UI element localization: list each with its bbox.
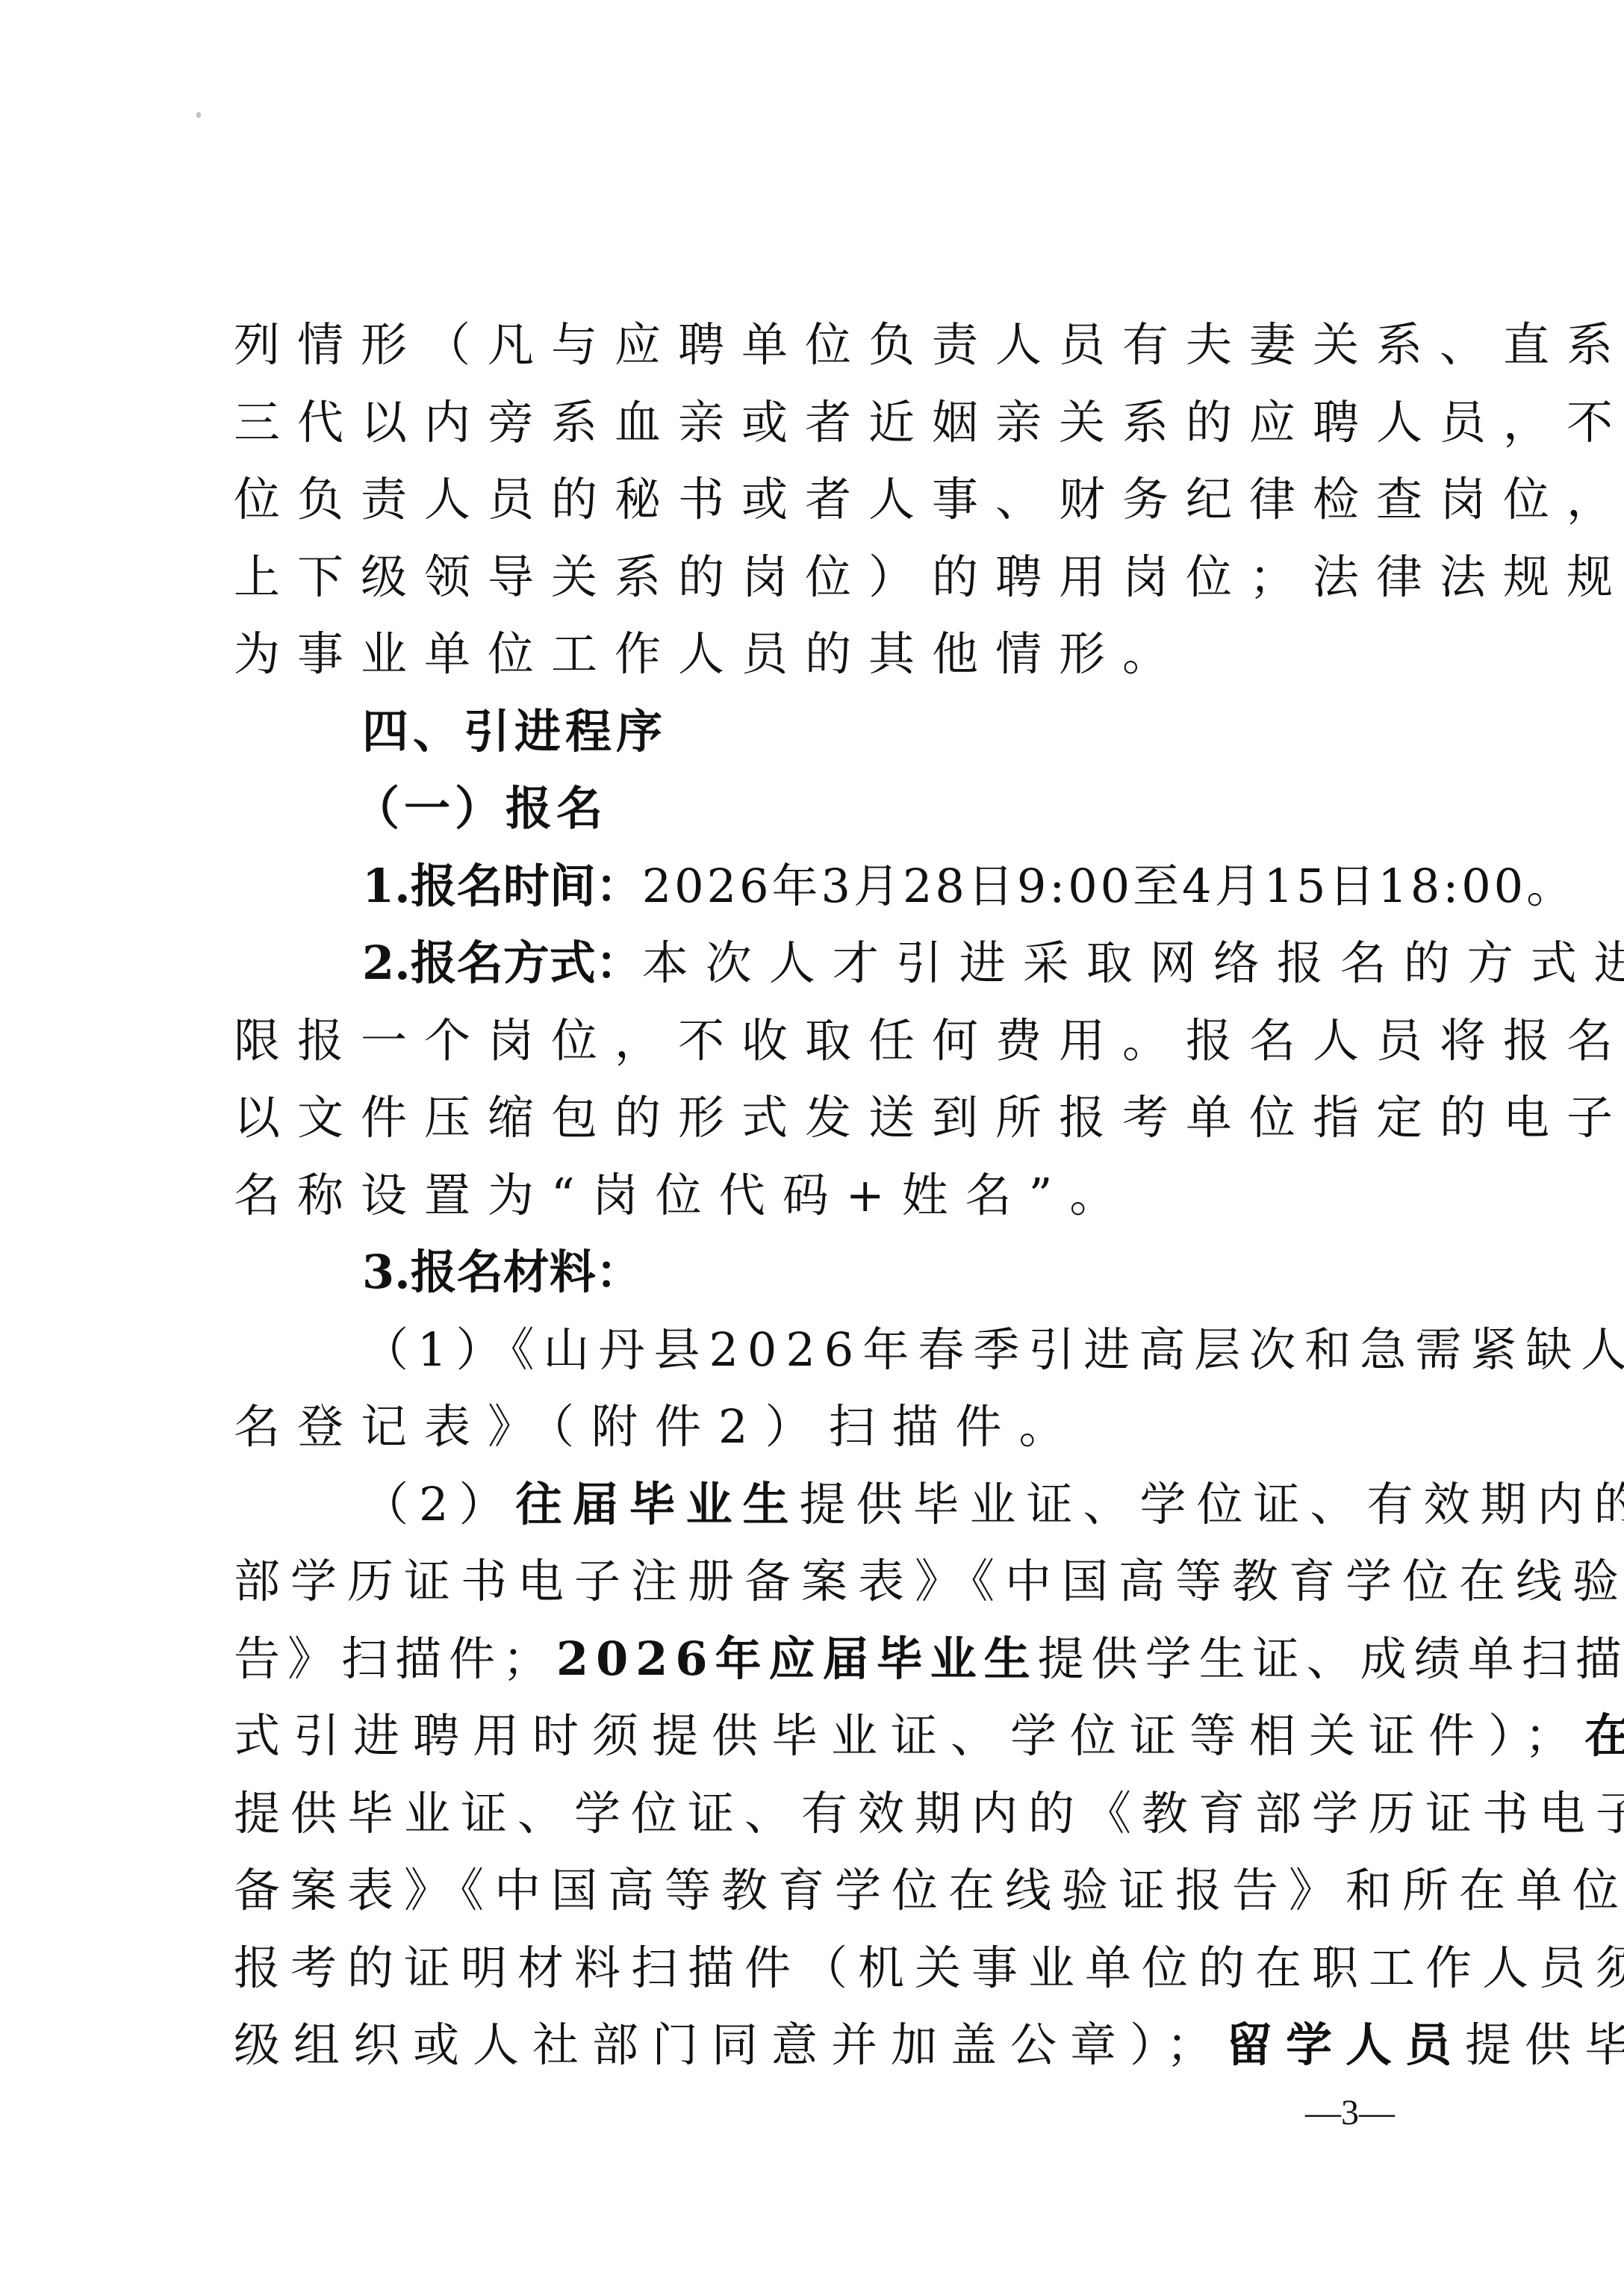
paragraph-line: 提供毕业证、学位证、有效期内的《教育部学历证书电子注册: [234, 1775, 1396, 1852]
paragraph-line: 三代以内旁系血亲或者近姻亲关系的应聘人员，不得应聘该单: [234, 384, 1396, 461]
item-label: 3.报名材料：: [362, 1245, 642, 1299]
paragraph-line: 报考的证明材料扫描件（机关事业单位的在职工作人员须经同: [234, 1929, 1396, 2007]
section-heading: 四、引进程序: [234, 693, 1396, 771]
item-registration-time: 1.报名时间：2026年3月28日9:00至4月15日18:00。: [234, 847, 1396, 925]
item-text: 提供学生证、成绩单扫描件（正: [1038, 1631, 1624, 1686]
subsection-heading: （一）报名: [234, 770, 1396, 847]
item-text: 提供毕业证、: [1465, 2017, 1624, 2072]
paragraph-line: 限报一个岗位，不收取任何费用。报名人员将报名材料电子版: [234, 1002, 1396, 1080]
document-body: 列情形（凡与应聘单位负责人员有夫妻关系、直系血亲关系、 三代以内旁系血亲或者近姻…: [234, 306, 1396, 2084]
bold-term: 2026年应届毕业生: [556, 1631, 1038, 1686]
item-text: 式引进聘用时须提供毕业证、学位证等相关证件）；: [234, 1708, 1584, 1763]
material-1-line: （1）《山丹县2026年春季引进高层次和急需紧缺人才报: [234, 1311, 1396, 1389]
paragraph-line: 名登记表》（附件2）扫描件。: [234, 1388, 1396, 1466]
item-label: 2.报名方式：: [362, 936, 642, 990]
bold-term: 留学人员: [1226, 2017, 1465, 2072]
item-text: 级组织或人社部门同意并加盖公章）；: [234, 2017, 1226, 2072]
paragraph-line: 名称设置为“岗位代码+姓名”。: [234, 1157, 1396, 1234]
item-text: 告》扫描件；: [234, 1631, 556, 1686]
paragraph-line: 以文件压缩包的形式发送到所报考单位指定的电子邮箱，文件: [234, 1079, 1396, 1157]
item-registration-materials: 3.报名材料：: [234, 1233, 1396, 1311]
scan-speck: [196, 112, 201, 118]
document-page: 列情形（凡与应聘单位负责人员有夫妻关系、直系血亲关系、 三代以内旁系血亲或者近姻…: [0, 0, 1624, 2296]
paragraph-line: 上下级领导关系的岗位）的聘用岗位；法律法规规定不得聘用: [234, 538, 1396, 616]
page-number: —3—: [1305, 2091, 1395, 2135]
paragraph-line: 备案表》《中国高等教育学位在线验证报告》和所在单位同意: [234, 1852, 1396, 1929]
paragraph-line: 式引进聘用时须提供毕业证、学位证等相关证件）；在职人员: [234, 1697, 1396, 1775]
paragraph-line: 列情形（凡与应聘单位负责人员有夫妻关系、直系血亲关系、: [234, 306, 1396, 384]
paragraph-line: 告》扫描件；2026年应届毕业生提供学生证、成绩单扫描件（正: [234, 1620, 1396, 1698]
bold-term: 往届毕业生: [515, 1477, 799, 1531]
item-text: 提供毕业证、学位证、有效期内的《教育: [799, 1477, 1624, 1531]
paragraph-line: 级组织或人社部门同意并加盖公章）；留学人员提供毕业证、: [234, 2006, 1396, 2084]
item-registration-method: 2.报名方式：本次人才引进采取网络报名的方式进行，每人: [234, 924, 1396, 1002]
bold-term: 在职人员: [1584, 1708, 1624, 1763]
paragraph-line: 位负责人员的秘书或者人事、财务纪律检查岗位，以及有直接: [234, 461, 1396, 538]
material-2-prefix: （2）: [362, 1477, 515, 1531]
registration-time-value: 2026年3月28日9:00至4月15日18:00。: [642, 859, 1575, 913]
item-text: 本次人才引进采取网络报名的方式进行，每人: [642, 936, 1624, 990]
item-label: 1.报名时间：: [362, 859, 642, 913]
paragraph-line: 部学历证书电子注册备案表》《中国高等教育学位在线验证报: [234, 1543, 1396, 1620]
material-2-line: （2）往届毕业生提供毕业证、学位证、有效期内的《教育: [234, 1466, 1396, 1543]
paragraph-line: 为事业单位工作人员的其他情形。: [234, 615, 1396, 693]
